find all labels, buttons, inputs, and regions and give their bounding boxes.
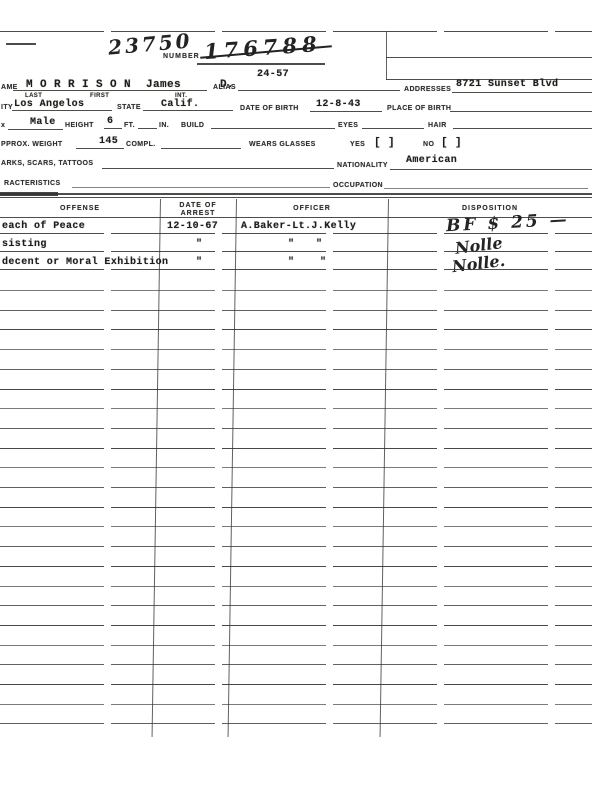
compl-label: COMPL. — [126, 141, 156, 148]
height-ft-underline — [104, 128, 122, 129]
ruled-line — [0, 467, 592, 468]
alias-underline — [238, 90, 400, 91]
characteristics-underline — [72, 187, 330, 188]
first-caption: FIRST — [90, 93, 109, 99]
glasses-yes-checkbox: [ ] — [374, 138, 395, 149]
marks-label: ARKS, SCARS, TATTOOS — [1, 160, 93, 167]
hair-underline — [453, 128, 592, 129]
ruled-line — [0, 290, 592, 291]
height-value: 6 — [107, 117, 113, 127]
pob-underline — [450, 111, 592, 112]
ditto-mark: " — [320, 258, 326, 268]
characteristics-label: RACTERISTICS — [4, 180, 61, 187]
sex-underline — [8, 129, 63, 130]
compl-underline — [161, 148, 241, 149]
ruled-line — [0, 487, 592, 488]
occupation-label: OCCUPATION — [333, 182, 383, 189]
state-label: STATE — [117, 104, 141, 111]
offense-cell: each of Peace — [2, 222, 85, 232]
ruled-line — [0, 428, 592, 429]
ruled-line — [0, 645, 592, 646]
box-rule-1 — [386, 57, 592, 58]
sex-label: x — [1, 122, 5, 129]
ruled-line — [0, 546, 592, 547]
ft-label: FT. — [124, 122, 135, 129]
arrest-date-cell: 12-10-67 — [167, 222, 218, 232]
occupation-underline — [384, 188, 588, 189]
pob-label: PLACE OF BIRTH — [387, 105, 451, 112]
ruled-line — [0, 507, 592, 508]
ditto-mark: " — [288, 258, 294, 268]
officer-column-header: OFFICER — [236, 204, 388, 213]
nationality-underline — [390, 169, 592, 170]
address-value: 8721 Sunset Blvd — [456, 80, 558, 90]
offense-cell: decent or Moral Exhibition — [2, 258, 168, 268]
box-left-edge — [386, 31, 387, 80]
disposition-handwritten: BF $ 25 — — [446, 212, 570, 235]
marks-underline — [102, 168, 334, 169]
dob-underline — [310, 111, 382, 112]
ruled-line — [0, 329, 592, 330]
name-underline — [13, 90, 207, 91]
city-value: Los Angelos — [14, 100, 84, 110]
ruled-line — [0, 586, 592, 587]
ruled-line — [0, 723, 592, 724]
eyes-underline — [362, 128, 424, 129]
officer-cell: A.Baker-Lt.J.Kelly — [241, 222, 356, 232]
dob-label: DATE OF BIRTH — [240, 105, 299, 112]
ditto-mark: " — [196, 258, 202, 268]
case-number: 24-57 — [257, 70, 289, 80]
ruled-line — [0, 310, 592, 311]
ruled-line — [0, 566, 592, 567]
arrest-record-card: 23750 NUMBER 176788 24-57 AME M O R R I … — [0, 0, 592, 800]
glasses-no-label: NO — [423, 141, 434, 148]
ruled-line — [0, 664, 592, 665]
dob-value: 12-8-43 — [316, 100, 361, 110]
disposition-handwritten: Nolle. — [451, 253, 506, 275]
offense-column-header: OFFENSE — [0, 204, 160, 213]
alias-label: ALIAS — [213, 84, 236, 91]
sex-value: Male — [30, 118, 56, 128]
table-row-line — [0, 233, 592, 234]
ruled-line — [0, 369, 592, 370]
ruled-line — [0, 605, 592, 606]
offense-cell: sisting — [2, 240, 47, 250]
weight-underline — [76, 148, 124, 149]
ruled-line — [0, 389, 592, 390]
weight-label: PPROX. WEIGHT — [1, 141, 63, 148]
table-row-line — [0, 269, 592, 270]
city-underline — [12, 110, 112, 111]
in-label: IN. — [159, 122, 169, 129]
ruled-line — [0, 684, 592, 685]
height-label: HEIGHT — [65, 122, 94, 129]
eyes-label: EYES — [338, 122, 358, 129]
ruled-line — [0, 625, 592, 626]
weight-value: 145 — [99, 137, 118, 147]
ditto-mark: " — [316, 240, 322, 250]
address-underline — [452, 92, 592, 93]
ditto-mark: " — [288, 240, 294, 250]
number-label: NUMBER — [163, 53, 200, 60]
height-in-underline — [138, 128, 157, 129]
glasses-label: WEARS GLASSES — [249, 141, 316, 148]
ruled-line — [0, 448, 592, 449]
glasses-no-checkbox: [ ] — [441, 138, 462, 149]
ruled-line — [0, 349, 592, 350]
build-underline — [211, 128, 335, 129]
hair-label: HAIR — [428, 122, 447, 129]
table-top-rule-2 — [0, 197, 592, 198]
ruled-line — [0, 526, 592, 527]
state-underline — [143, 110, 233, 111]
nationality-label: NATIONALITY — [337, 162, 388, 169]
build-label: BUILD — [181, 122, 204, 129]
number-underline — [197, 63, 325, 65]
ruled-line — [0, 704, 592, 705]
state-value: Calif. — [161, 100, 199, 110]
left-dash-mark — [6, 43, 36, 45]
addresses-label: ADDRESSES — [404, 86, 451, 93]
ditto-mark: " — [196, 240, 202, 250]
ruled-line — [0, 408, 592, 409]
glasses-yes-label: YES — [350, 141, 365, 148]
nationality-value: American — [406, 156, 457, 166]
table-top-rule-1 — [0, 193, 592, 195]
